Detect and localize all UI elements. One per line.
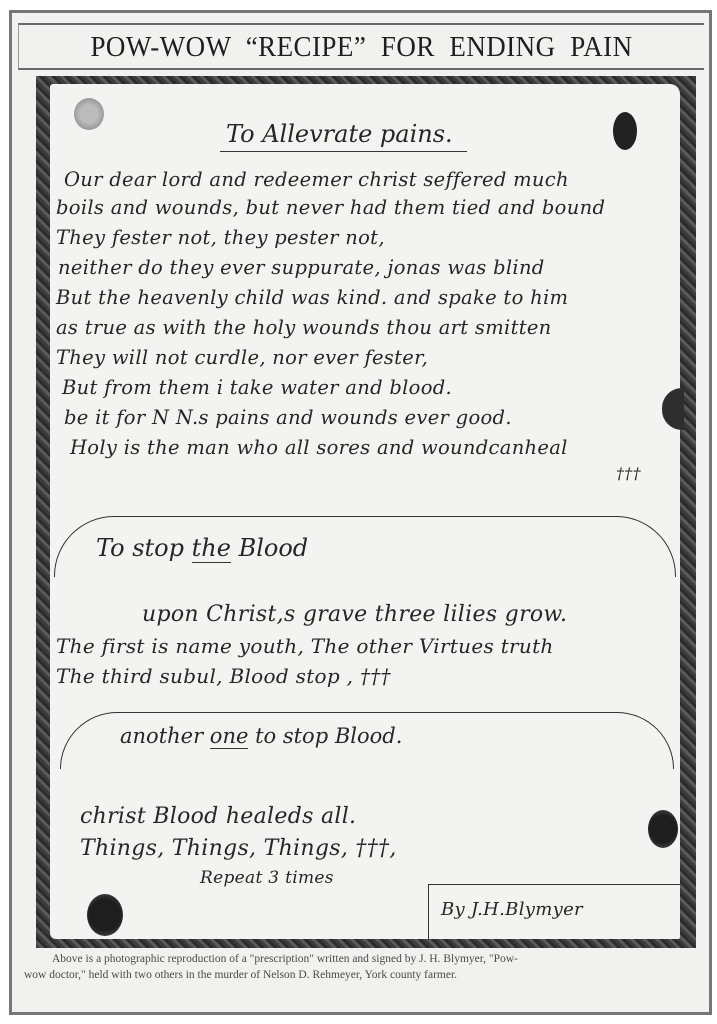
section-title-stop-the-blood: To stop the Blood — [96, 534, 308, 562]
handwritten-line: They will not curdle, nor ever fester, — [56, 346, 428, 369]
handwritten-line: neither do they ever suppurate, jonas wa… — [58, 256, 545, 279]
handwritten-line: They fester not, they pester not, — [56, 226, 385, 249]
handwritten-paper: To Allevrate pains. Our dear lord and re… — [50, 84, 680, 939]
signature-box: By J.H.Blymyer — [428, 884, 681, 940]
handwritten-line: But the heavenly child was kind. and spa… — [56, 286, 568, 309]
title-underlined-word: one — [210, 724, 249, 749]
punch-hole-bottom-left — [87, 894, 123, 936]
handwritten-line: But from them i take water and blood. — [62, 376, 452, 399]
handwritten-line: christ Blood healeds all. — [80, 804, 356, 829]
punch-hole-top-right — [613, 112, 637, 150]
title-prefix: To stop — [96, 534, 192, 562]
handwritten-line: Our dear lord and redeemer christ seffer… — [64, 168, 569, 191]
document-photograph: To Allevrate pains. Our dear lord and re… — [36, 76, 696, 948]
section-title-alleviate-pains: To Allevrate pains. — [220, 120, 467, 152]
handwritten-line: The first is name youth, The other Virtu… — [56, 634, 554, 658]
photo-caption: Above is a photographic reproduction of … — [30, 951, 700, 983]
handwritten-line: upon Christ,s grave three lilies grow. — [142, 602, 567, 627]
handwritten-line: Holy is the man who all sores and woundc… — [70, 436, 568, 459]
handwritten-line: Repeat 3 times — [200, 868, 334, 888]
punch-hole-top-left — [74, 98, 104, 130]
signature: By J.H.Blymyer — [441, 899, 583, 920]
punch-hole-bottom-right — [648, 810, 678, 848]
handwritten-line: be it for N N.s pains and wounds ever go… — [64, 406, 512, 429]
section-title-another-stop-blood: another one to stop Blood. — [120, 724, 402, 748]
caption-line-2: wow doctor," held with two others in the… — [24, 967, 700, 983]
handwritten-line: The third subul, Blood stop , ††† — [56, 664, 391, 688]
newspaper-clipping-frame: POW-WOW “RECIPE” FOR ENDING PAIN To Alle… — [9, 10, 712, 1015]
headline: POW-WOW “RECIPE” FOR ENDING PAIN — [43, 31, 680, 64]
title-suffix: to stop Blood. — [248, 724, 402, 748]
headline-band: POW-WOW “RECIPE” FOR ENDING PAIN — [18, 23, 704, 70]
handwritten-line: boils and wounds, but never had them tie… — [56, 196, 605, 219]
title-suffix: Blood — [231, 534, 308, 562]
handwritten-line: as true as with the holy wounds thou art… — [56, 316, 552, 339]
title-underlined-word: the — [192, 534, 231, 563]
caption-line-1: Above is a photographic reproduction of … — [30, 951, 700, 967]
paper-notch-right — [662, 388, 684, 430]
crosses-mark: ††† — [616, 464, 641, 483]
title-prefix: another — [120, 724, 210, 748]
handwritten-line: Things, Things, Things, †††, — [80, 836, 397, 861]
